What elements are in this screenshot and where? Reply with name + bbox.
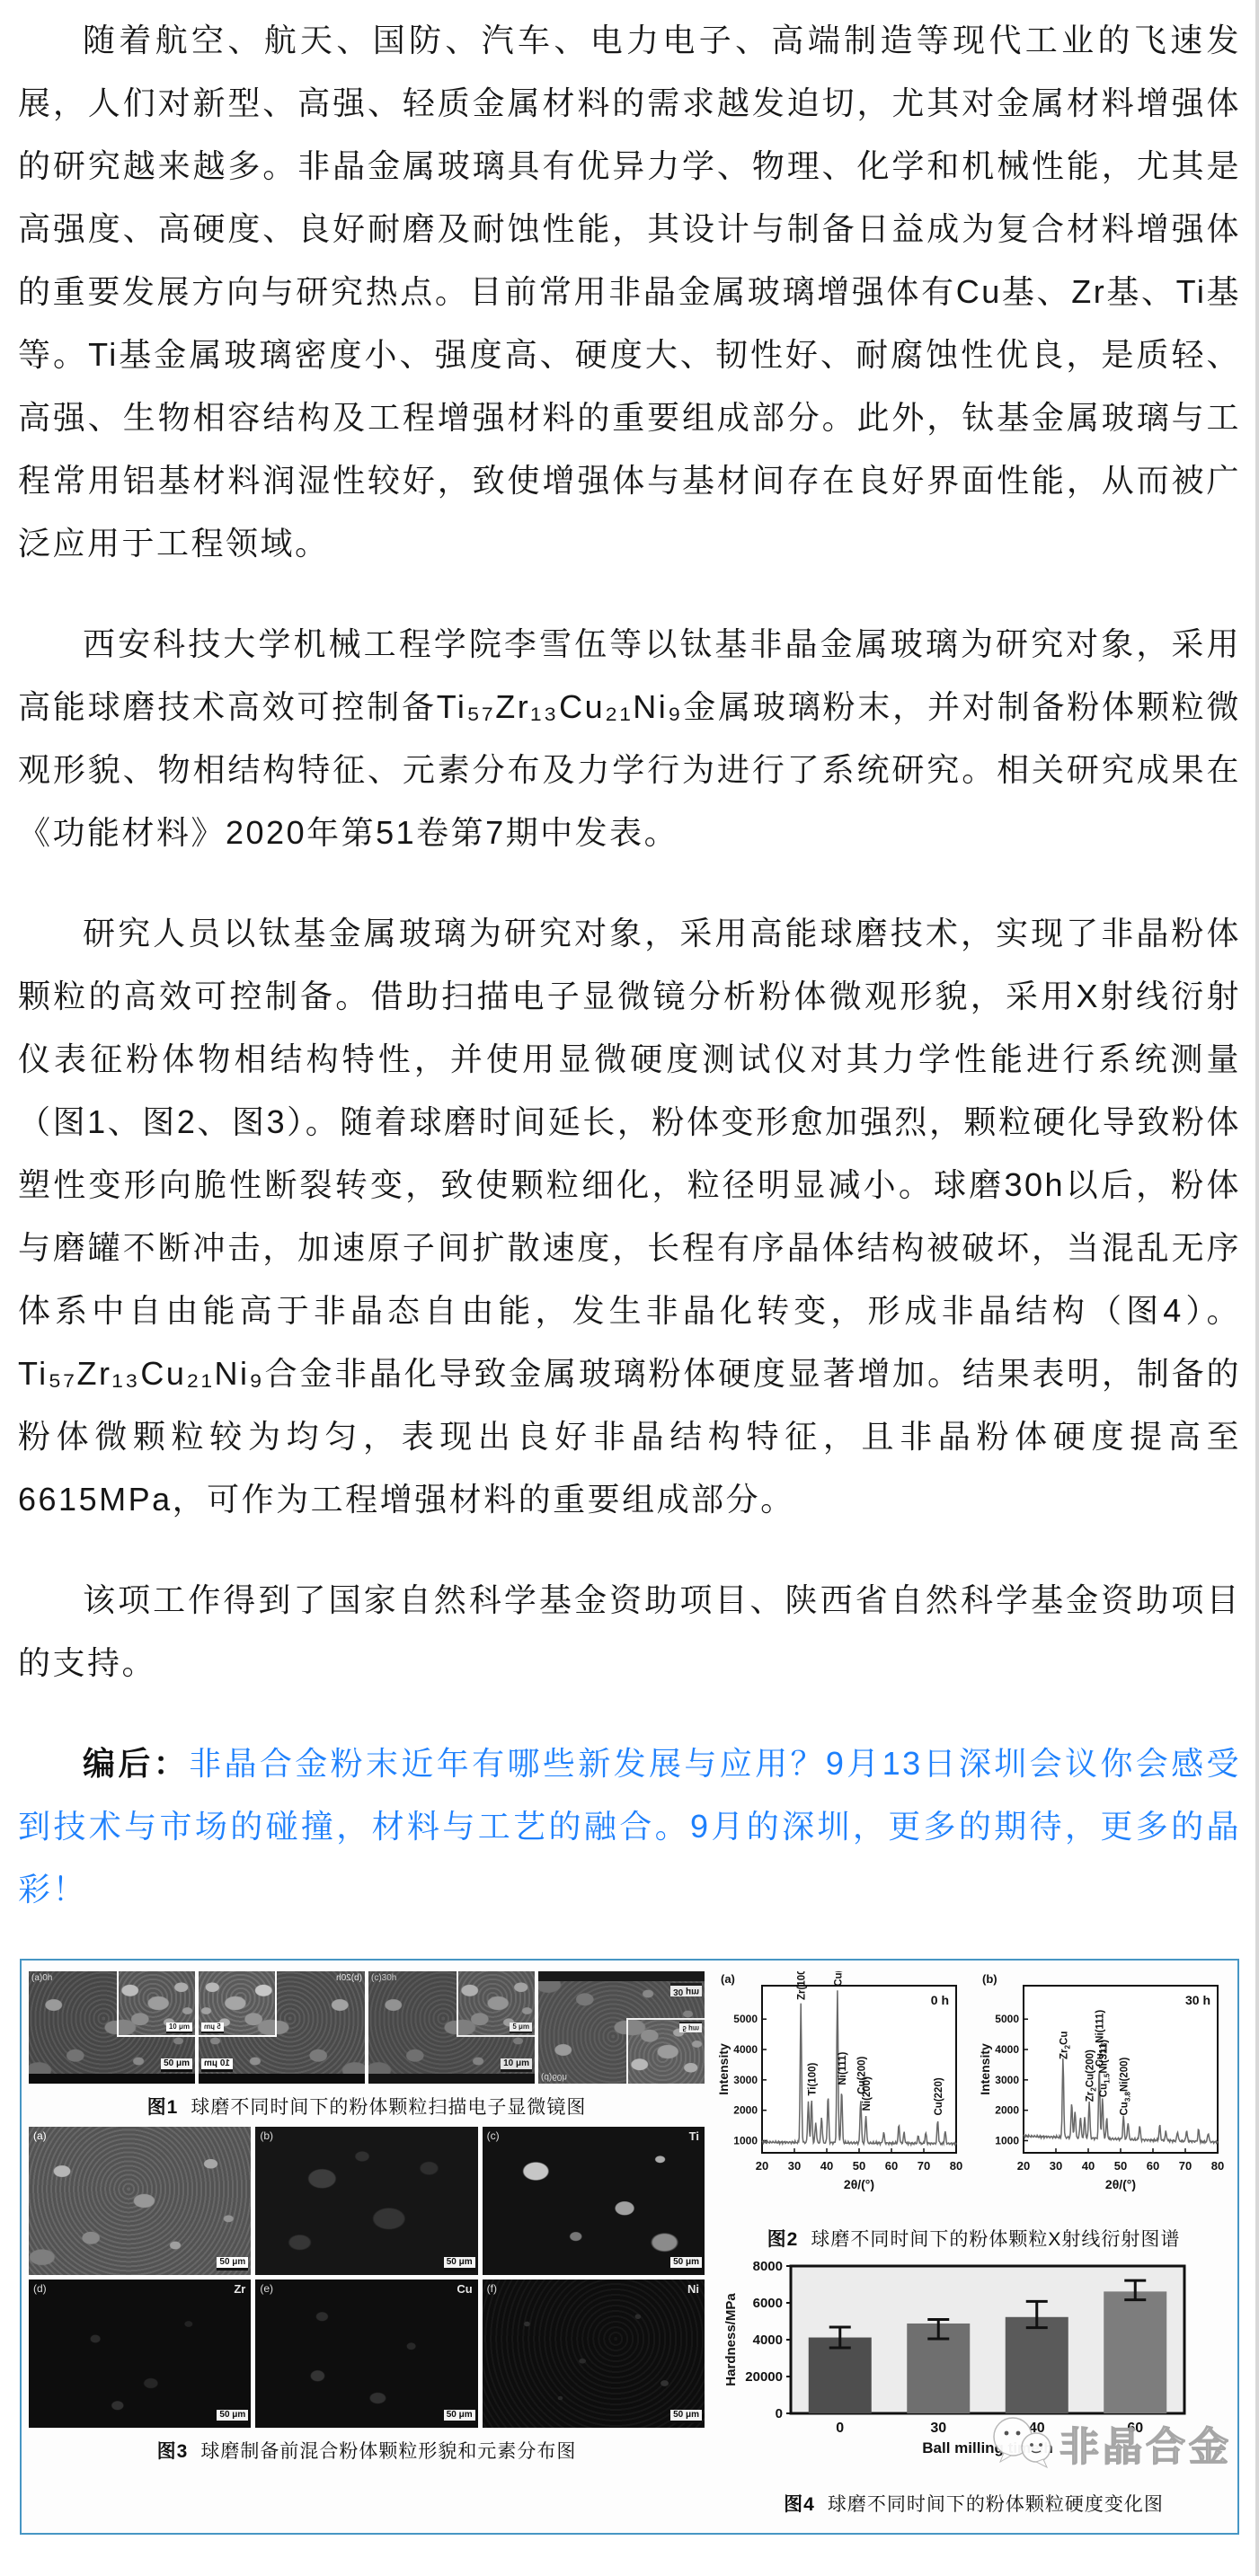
- paragraph-results: 研究人员以钛基金属玻璃为研究对象，采用高能球磨技术，实现了非晶粉体颗粒的高效可控…: [18, 902, 1241, 1531]
- svg-text:20: 20: [756, 2159, 768, 2173]
- scale-bar: 50 μm: [217, 2410, 248, 2423]
- scale-bar: 50 μm: [161, 2058, 192, 2072]
- svg-text:4000: 4000: [995, 2043, 1019, 2056]
- scale-bar: 30 μm: [670, 1983, 702, 1996]
- svg-text:70: 70: [918, 2159, 930, 2173]
- paragraph-intro: 随着航空、航天、国防、汽车、电力电子、高端制造等现代工业的飞速发展，人们对新型、…: [18, 9, 1241, 575]
- inset-scale-bar: 5 μm: [510, 2023, 532, 2033]
- paragraph-editors-note: 编后：非晶合金粉末近年有哪些新发展与应用？9月13日深圳会议你会感受到技术与市场…: [18, 1732, 1241, 1921]
- svg-text:2θ/(°): 2θ/(°): [1105, 2177, 1136, 2191]
- fig3-panel-b-image: (b) 50 μm: [255, 2127, 477, 2275]
- fig2-tag: 图2: [767, 2229, 799, 2250]
- svg-text:5000: 5000: [995, 2013, 1019, 2025]
- fig3-tag: 图3: [157, 2441, 189, 2462]
- fig2-caption-text: 球磨不同时间下的粉体颗粒X射线衍射图谱: [811, 2229, 1180, 2250]
- sem-info-bar: [368, 2074, 535, 2084]
- fig3-panel-label: (a): [33, 2129, 47, 2142]
- svg-text:20: 20: [1017, 2159, 1030, 2173]
- svg-text:0: 0: [775, 2406, 782, 2421]
- svg-text:5000: 5000: [733, 2013, 758, 2025]
- fig3-panel-label: (d): [33, 2282, 47, 2295]
- scale-bar: 50 μm: [670, 2410, 702, 2423]
- svg-text:Cu(220): Cu(220): [934, 2077, 944, 2115]
- svg-text:Intensity: Intensity: [717, 2043, 731, 2095]
- svg-text:0 h: 0 h: [931, 1993, 949, 2007]
- fig1-sem-image-20h: (b)20h 5 μm 10 μm: [199, 1971, 365, 2084]
- article-body: 随着航空、航天、国防、汽车、电力电子、高端制造等现代工业的飞速发展，人们对新型、…: [0, 0, 1259, 1921]
- svg-text:80: 80: [1211, 2159, 1224, 2173]
- sem-info-bar: [29, 2074, 195, 2084]
- svg-text:30: 30: [930, 2421, 946, 2436]
- fig1-inset-image: 5 μm: [457, 1971, 535, 2037]
- svg-text:1000: 1000: [733, 2134, 758, 2147]
- svg-text:20000: 20000: [745, 2369, 783, 2385]
- svg-text:2000: 2000: [995, 2104, 1019, 2117]
- svg-text:Cu1.5Ni(311): Cu1.5Ni(311): [1098, 2040, 1111, 2097]
- scale-bar: 10 μm: [501, 2058, 532, 2072]
- svg-text:30: 30: [788, 2159, 801, 2173]
- fig3-panel-label: (f): [487, 2282, 497, 2295]
- xrd-chart-30h: 10002000300040005000203040506070802θ/(°)…: [979, 1971, 1230, 2216]
- fig1-panel-label: (b)20h: [336, 1973, 362, 1983]
- fig1-inset-image: 5 μm: [626, 2018, 705, 2084]
- fig3-panel-e-cu-map: (e) Cu 50 μm: [255, 2279, 477, 2428]
- svg-text:40: 40: [820, 2159, 833, 2173]
- paragraph-research-source: 西安科技大学机械工程学院李雪伍等以钛基非晶金属玻璃为研究对象，采用高能球磨技术高…: [18, 613, 1241, 864]
- svg-text:3000: 3000: [995, 2074, 1019, 2086]
- fig2-xrd-row: 10002000300040005000203040506070802θ/(°)…: [717, 1971, 1230, 2216]
- watermark-text: 非晶合金: [1060, 2414, 1232, 2472]
- paragraph-funding: 该项工作得到了国家自然科学基金资助项目、陕西省自然科学基金资助项目的支持。: [18, 1569, 1241, 1695]
- svg-text:1000: 1000: [995, 2134, 1019, 2147]
- svg-text:80: 80: [950, 2159, 962, 2173]
- svg-text:2θ/(°): 2θ/(°): [844, 2177, 874, 2191]
- scale-bar: 10 μm: [201, 2058, 233, 2072]
- svg-text:4000: 4000: [733, 2043, 758, 2056]
- svg-text:30 h: 30 h: [1185, 1993, 1210, 2007]
- wechat-logo-icon: [991, 2415, 1058, 2471]
- svg-text:70: 70: [1179, 2159, 1192, 2173]
- fig3-panel-label: (b): [260, 2129, 273, 2142]
- svg-text:Intensity: Intensity: [979, 2043, 992, 2095]
- fig4-caption-text: 球磨不同时间下的粉体颗粒硬度变化图: [828, 2494, 1164, 2515]
- sem-info-bar: [538, 1971, 705, 1981]
- fig1-inset-image: 5 μm: [199, 1971, 277, 2037]
- fig3-caption-text: 球磨制备前混合粉体颗粒形貌和元素分布图: [200, 2441, 576, 2462]
- fig1-sem-strip: (a)0h 10 μm 50 μm (b)20h 5 μm 10 μm (c)3…: [29, 1971, 705, 2084]
- scale-bar: 50 μm: [670, 2257, 702, 2271]
- fig3-panel-label: (e): [260, 2282, 273, 2295]
- editors-note-text: 非晶合金粉末近年有哪些新发展与应用？9月13日深圳会议你会感受到技术与市场的碰撞…: [18, 1745, 1241, 1908]
- svg-text:8000: 8000: [752, 2259, 782, 2274]
- svg-text:Cu3.8Ni(200): Cu3.8Ni(200): [1120, 2057, 1132, 2115]
- inset-scale-bar: 5 μm: [679, 2022, 702, 2032]
- fig1-panel-label: (d)60h: [541, 2072, 567, 2082]
- svg-text:2000: 2000: [733, 2104, 758, 2117]
- fig1-sem-image-60h: (d)60h 5 μm 30 μm: [538, 1971, 705, 2084]
- xrd-chart-0h: 10002000300040005000203040506070802θ/(°)…: [717, 1971, 969, 2216]
- fig3-element-label: Zr: [234, 2282, 245, 2296]
- svg-text:Ni(111): Ni(111): [838, 2051, 848, 2085]
- svg-text:Ni(200): Ni(200): [862, 2076, 873, 2111]
- fig3-element-label: Ni: [687, 2282, 699, 2296]
- figure-panel: (a)0h 10 μm 50 μm (b)20h 5 μm 10 μm (c)3…: [20, 1959, 1239, 2535]
- svg-text:3000: 3000: [733, 2074, 758, 2086]
- fig3-element-map-grid: (a) 50 μm (b) 50 μm (c) Ti 50 μm (d) Zr …: [29, 2127, 705, 2428]
- svg-text:50: 50: [1114, 2159, 1127, 2173]
- sem-info-bar: [199, 2074, 365, 2084]
- svg-text:Hardness/MPa: Hardness/MPa: [723, 2293, 739, 2386]
- svg-text:60: 60: [1147, 2159, 1159, 2173]
- fig3-panel-f-ni-map: (f) Ni 50 μm: [483, 2279, 705, 2428]
- scrollbar-track[interactable]: [1255, 0, 1259, 2576]
- scale-bar: 50 μm: [217, 2257, 248, 2271]
- svg-text:(b): (b): [982, 1972, 997, 1986]
- fig2-caption: 图2球磨不同时间下的粉体颗粒X射线衍射图谱: [717, 2225, 1230, 2252]
- fig3-panel-d-zr-map: (d) Zr 50 μm: [29, 2279, 251, 2428]
- svg-text:40: 40: [1082, 2159, 1095, 2173]
- svg-text:50: 50: [853, 2159, 865, 2173]
- editors-note-label: 编后：: [83, 1745, 189, 1782]
- fig3-panel-c-ti-map: (c) Ti 50 μm: [483, 2127, 705, 2275]
- svg-text:60: 60: [885, 2159, 898, 2173]
- scale-bar: 50 μm: [444, 2410, 475, 2423]
- inset-scale-bar: 10 μm: [166, 2023, 192, 2033]
- fig3-panel-label: (c): [487, 2129, 500, 2142]
- svg-text:Ti(100): Ti(100): [808, 2062, 819, 2095]
- figure-right-column: 10002000300040005000203040506070802θ/(°)…: [717, 1971, 1230, 2524]
- fig1-panel-label: (c)30h: [371, 1973, 396, 1983]
- scale-bar: 50 μm: [444, 2257, 475, 2271]
- fig1-tag: 图1: [147, 2097, 179, 2118]
- fig3-element-label: Cu: [457, 2282, 472, 2296]
- fig1-sem-image-0h: (a)0h 10 μm 50 μm: [29, 1971, 195, 2084]
- svg-text:(a): (a): [721, 1972, 735, 1986]
- fig1-caption: 图1球磨不同时间下的粉体颗粒扫描电子显微镜图: [29, 2093, 705, 2120]
- fig1-caption-text: 球磨不同时间下的粉体颗粒扫描电子显微镜图: [191, 2097, 586, 2118]
- fig4-caption: 图4球磨不同时间下的粉体颗粒硬度变化图: [717, 2490, 1230, 2517]
- inset-scale-bar: 5 μm: [201, 2023, 224, 2033]
- watermark: 非晶合金: [991, 2414, 1232, 2472]
- svg-text:Zr2Cu: Zr2Cu: [1059, 2032, 1071, 2059]
- fig3-panel-a-sem-image: (a) 50 μm: [29, 2127, 251, 2275]
- svg-text:6000: 6000: [752, 2296, 782, 2311]
- svg-text:Cu(111): Cu(111): [833, 1971, 844, 1987]
- fig4-tag: 图4: [784, 2494, 815, 2515]
- fig3-caption: 图3球磨制备前混合粉体颗粒形貌和元素分布图: [29, 2437, 705, 2464]
- fig1-sem-image-30h: (c)30h 5 μm 10 μm: [368, 1971, 535, 2084]
- figure-left-column: (a)0h 10 μm 50 μm (b)20h 5 μm 10 μm (c)3…: [29, 1971, 705, 2524]
- svg-text:4000: 4000: [752, 2333, 782, 2348]
- fig1-inset-image: 10 μm: [117, 1971, 195, 2037]
- svg-text:0: 0: [836, 2421, 844, 2436]
- fig3-element-label: Ti: [689, 2129, 699, 2143]
- svg-text:Zr(100): Zr(100): [797, 1971, 808, 2000]
- svg-text:30: 30: [1050, 2159, 1062, 2173]
- fig1-panel-label: (a)0h: [31, 1973, 52, 1983]
